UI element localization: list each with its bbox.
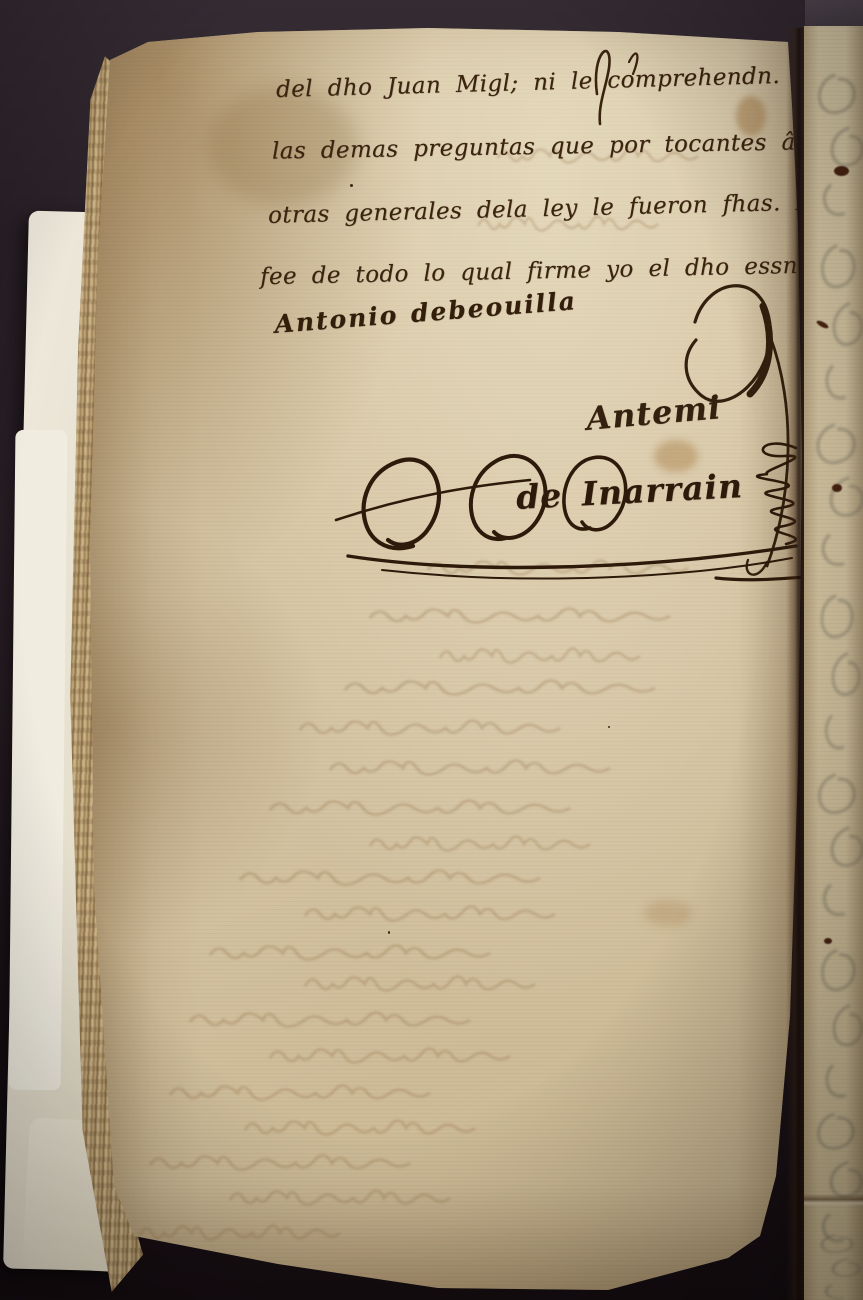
manuscript-line-2: las demas preguntas que por tocantes â <box>272 129 796 164</box>
manuscript-line-3: otras generales dela ley le fueron fhas.… <box>268 189 828 229</box>
photograph-of-manuscript: del dho Juan Migl; ni le comprehendn. la… <box>0 0 863 1300</box>
ink-speck <box>388 931 390 934</box>
ink-blot <box>834 166 849 176</box>
facing-page-edge <box>804 26 863 1300</box>
paper-stain <box>644 900 692 926</box>
ante-mi-attestation: Antemi <box>585 388 723 438</box>
facing-page-fold-edge <box>804 1194 863 1206</box>
ink-speck <box>350 184 353 187</box>
notary-signature-flourish <box>318 426 863 626</box>
manuscript-page: del dho Juan Migl; ni le comprehendn. la… <box>88 26 802 1298</box>
notary-signature-name: de Inarrain <box>515 466 744 517</box>
signature-cross-stroke <box>336 480 530 520</box>
facing-page-ghost-writing <box>804 26 863 1300</box>
ink-blot <box>816 319 830 330</box>
ink-blot <box>832 484 842 492</box>
scribe-name-line: Antonio debeouilla <box>273 286 578 339</box>
paper-stain <box>654 440 698 472</box>
ink-speck <box>608 726 610 728</box>
underlying-sheet-sliver <box>9 430 68 1091</box>
manuscript-line-1: del dho Juan Migl; ni le comprehendn. <box>276 63 781 103</box>
manuscript-line-4: fee de todo lo qual firme yo el dho essn… <box>260 252 847 290</box>
signature-capital-stroke <box>364 460 439 549</box>
signature-underline <box>348 546 796 567</box>
signature-underline <box>382 558 792 579</box>
ink-blot <box>824 938 832 944</box>
